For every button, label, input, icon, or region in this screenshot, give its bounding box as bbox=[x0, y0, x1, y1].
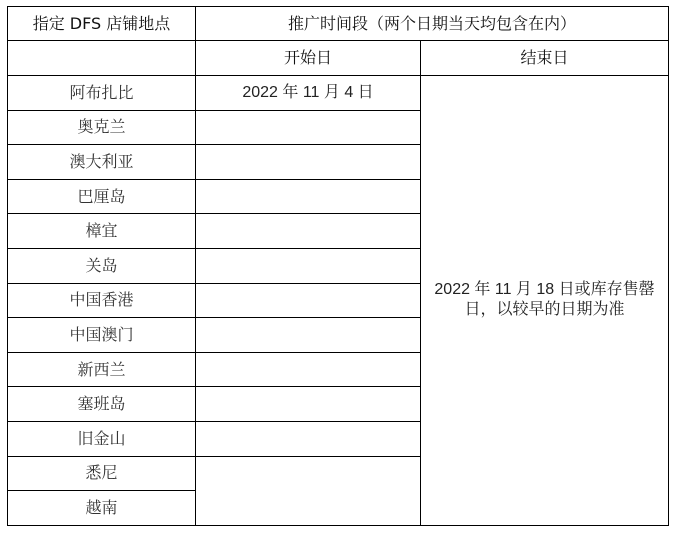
empty-start-cell bbox=[196, 145, 421, 180]
location-cell: 樟宜 bbox=[8, 214, 196, 249]
empty-header-cell bbox=[8, 41, 196, 76]
header-row-1: 指定 DFS 店铺地点 推广时间段（两个日期当天均包含在内） bbox=[8, 7, 669, 41]
location-cell: 塞班岛 bbox=[8, 387, 196, 422]
empty-start-cell bbox=[196, 110, 421, 145]
location-cell: 关岛 bbox=[8, 248, 196, 283]
empty-start-cell bbox=[196, 179, 421, 214]
empty-start-cell bbox=[196, 421, 421, 456]
empty-start-cell bbox=[196, 214, 421, 249]
start-date-cell: 2022 年 11 月 4 日 bbox=[196, 76, 421, 111]
location-cell: 中国香港 bbox=[8, 283, 196, 318]
location-cell: 澳大利亚 bbox=[8, 145, 196, 180]
table-row: 阿布扎比 2022 年 11 月 4 日 2022 年 11 月 18 日或库存… bbox=[8, 76, 669, 111]
location-cell: 巴厘岛 bbox=[8, 179, 196, 214]
end-date-cell: 2022 年 11 月 18 日或库存售罄日，以较早的日期为准 bbox=[421, 76, 669, 526]
end-date-header: 结束日 bbox=[421, 41, 669, 76]
location-cell: 中国澳门 bbox=[8, 318, 196, 353]
location-cell: 新西兰 bbox=[8, 352, 196, 387]
empty-start-cell bbox=[196, 387, 421, 422]
empty-start-cell bbox=[196, 318, 421, 353]
empty-start-cell bbox=[196, 456, 421, 525]
location-cell: 奥克兰 bbox=[8, 110, 196, 145]
location-cell: 悉尼 bbox=[8, 456, 196, 491]
start-date-header: 开始日 bbox=[196, 41, 421, 76]
period-column-header: 推广时间段（两个日期当天均包含在内） bbox=[196, 7, 669, 41]
location-cell: 旧金山 bbox=[8, 421, 196, 456]
empty-start-cell bbox=[196, 352, 421, 387]
empty-start-cell bbox=[196, 283, 421, 318]
location-cell: 越南 bbox=[8, 491, 196, 526]
location-column-header: 指定 DFS 店铺地点 bbox=[8, 7, 196, 41]
header-row-2: 开始日 结束日 bbox=[8, 41, 669, 76]
promotion-schedule-table: 指定 DFS 店铺地点 推广时间段（两个日期当天均包含在内） 开始日 结束日 阿… bbox=[7, 6, 669, 526]
empty-start-cell bbox=[196, 248, 421, 283]
location-cell: 阿布扎比 bbox=[8, 76, 196, 111]
